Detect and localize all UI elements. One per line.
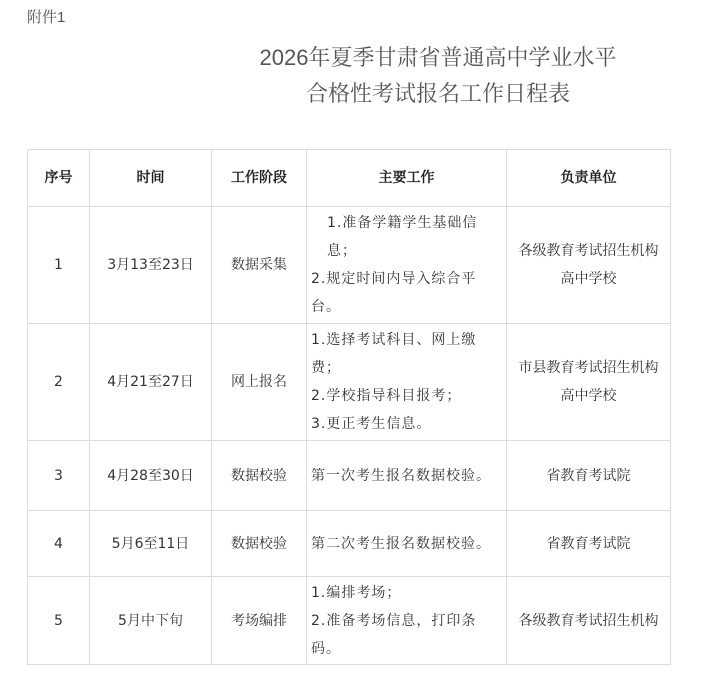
table-row: 4 5月6至11日 数据校验 第二次考生报名数据校验。 省教育考试院 [28,511,671,577]
cell-no: 5 [28,577,90,665]
cell-work: 第二次考生报名数据校验。 [307,511,507,577]
work-item: 2.学校指导科目报考； [311,382,502,410]
unit-line: 各级教育考试招生机构 [511,607,666,635]
unit-line: 省教育考试院 [511,462,666,490]
cell-time: 5月6至11日 [90,511,212,577]
cell-unit: 省教育考试院 [507,511,671,577]
table-header-row: 序号 时间 工作阶段 主要工作 负责单位 [28,150,671,207]
attachment-label: 附件1 [27,6,65,27]
cell-stage: 数据采集 [212,207,307,324]
work-item: 2.规定时间内导入综合平台。 [311,265,502,321]
unit-line: 各级教育考试招生机构 [511,237,666,265]
unit-line: 省教育考试院 [511,530,666,558]
work-item: 1.编排考场； [311,579,502,607]
table-row: 5 5月中下旬 考场编排 1.编排考场； 2.准备考场信息，打印条码。 各级教育… [28,577,671,665]
header-stage: 工作阶段 [212,150,307,207]
unit-line: 市县教育考试招生机构 [511,354,666,382]
cell-unit: 省教育考试院 [507,441,671,511]
cell-unit: 各级教育考试招生机构 高中学校 [507,207,671,324]
work-item: 2.准备考场信息，打印条码。 [311,607,502,663]
work-item: 第二次考生报名数据校验。 [311,530,502,558]
unit-line: 高中学校 [511,265,666,293]
cell-work: 1.编排考场； 2.准备考场信息，打印条码。 [307,577,507,665]
cell-unit: 各级教育考试招生机构 [507,577,671,665]
page-title: 2026年夏季甘肃省普通高中学业水平 合格性考试报名工作日程表 [140,40,706,112]
title-line-2: 合格性考试报名工作日程表 [140,76,706,112]
cell-work: 1.准备学籍学生基础信息； 2.规定时间内导入综合平台。 [307,207,507,324]
work-item: 3.更正考生信息。 [311,410,502,438]
header-time: 时间 [90,150,212,207]
cell-work: 第一次考生报名数据校验。 [307,441,507,511]
cell-time: 3月13至23日 [90,207,212,324]
cell-no: 4 [28,511,90,577]
cell-no: 2 [28,324,90,441]
cell-time: 5月中下旬 [90,577,212,665]
work-item: 第一次考生报名数据校验。 [311,462,502,490]
cell-time: 4月28至30日 [90,441,212,511]
header-no: 序号 [28,150,90,207]
work-item: 1.选择考试科目、网上缴费； [311,326,502,382]
table-row: 2 4月21至27日 网上报名 1.选择考试科目、网上缴费； 2.学校指导科目报… [28,324,671,441]
cell-unit: 市县教育考试招生机构 高中学校 [507,324,671,441]
cell-work: 1.选择考试科目、网上缴费； 2.学校指导科目报考； 3.更正考生信息。 [307,324,507,441]
cell-time: 4月21至27日 [90,324,212,441]
table-row: 1 3月13至23日 数据采集 1.准备学籍学生基础信息； 2.规定时间内导入综… [28,207,671,324]
header-unit: 负责单位 [507,150,671,207]
cell-stage: 数据校验 [212,441,307,511]
work-item: 1.准备学籍学生基础信息； [311,209,502,265]
table-row: 3 4月28至30日 数据校验 第一次考生报名数据校验。 省教育考试院 [28,441,671,511]
unit-line: 高中学校 [511,382,666,410]
cell-stage: 数据校验 [212,511,307,577]
header-work: 主要工作 [307,150,507,207]
schedule-table: 序号 时间 工作阶段 主要工作 负责单位 1 3月13至23日 数据采集 1.准… [27,149,671,665]
cell-no: 3 [28,441,90,511]
cell-stage: 考场编排 [212,577,307,665]
cell-stage: 网上报名 [212,324,307,441]
title-line-1: 2026年夏季甘肃省普通高中学业水平 [140,40,706,76]
cell-no: 1 [28,207,90,324]
